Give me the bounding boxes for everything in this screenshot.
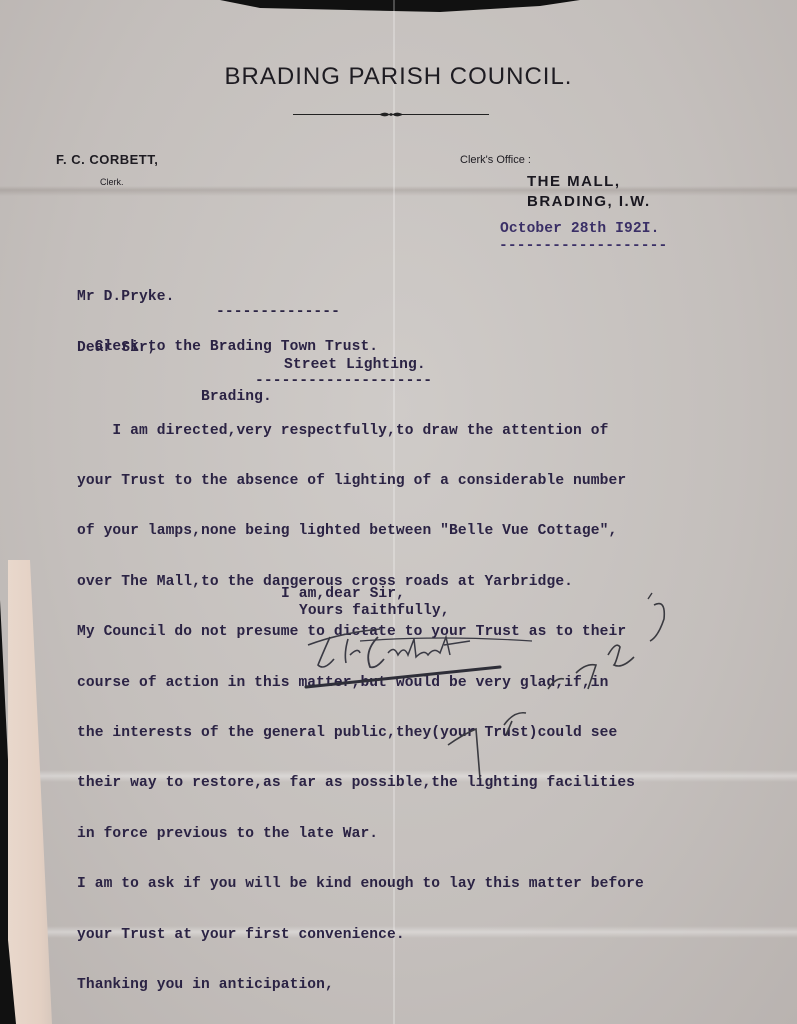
- letterhead-address-line1: THE MALL,: [527, 173, 621, 190]
- body-line: in force previous to the late War.: [77, 826, 644, 843]
- letterhead-clerk-name: F. C. CORBETT,: [56, 152, 158, 167]
- letterhead-clerk-role: Clerk.: [100, 177, 124, 187]
- body-line: I am directed,very respectfully,to draw …: [77, 423, 644, 440]
- letterhead-address-line2: BRADING, I.W.: [527, 193, 651, 210]
- subject-underline: --------------------: [255, 373, 432, 390]
- subject-heading: Street Lighting.: [284, 357, 426, 374]
- letterhead-organization: BRADING PARISH COUNCIL.: [0, 63, 797, 91]
- salutation: Dear Sir,: [77, 340, 157, 357]
- body-line: of your lamps,none being lighted between…: [77, 523, 644, 540]
- body-line: Thanking you in anticipation,: [77, 977, 644, 994]
- date-underline: -------------------: [499, 238, 667, 255]
- recipient-underline: --------------: [216, 304, 340, 321]
- ornament-flourish-icon: [377, 111, 405, 118]
- letter-date: October 28th I92I.: [500, 221, 659, 238]
- body-line: your Trust to the absence of lighting of…: [77, 473, 644, 490]
- letterhead-office-label: Clerk's Office :: [460, 154, 531, 166]
- recipient-line: Mr D.Pryke.: [77, 289, 378, 306]
- closing-line-1: I am,dear Sir,: [281, 586, 405, 603]
- body-line: I am to ask if you will be kind enough t…: [77, 876, 644, 893]
- body-line: your Trust at your first convenience.: [77, 927, 644, 944]
- pencil-annotation: [440, 585, 700, 785]
- letterhead-ornament-divider: [293, 112, 489, 118]
